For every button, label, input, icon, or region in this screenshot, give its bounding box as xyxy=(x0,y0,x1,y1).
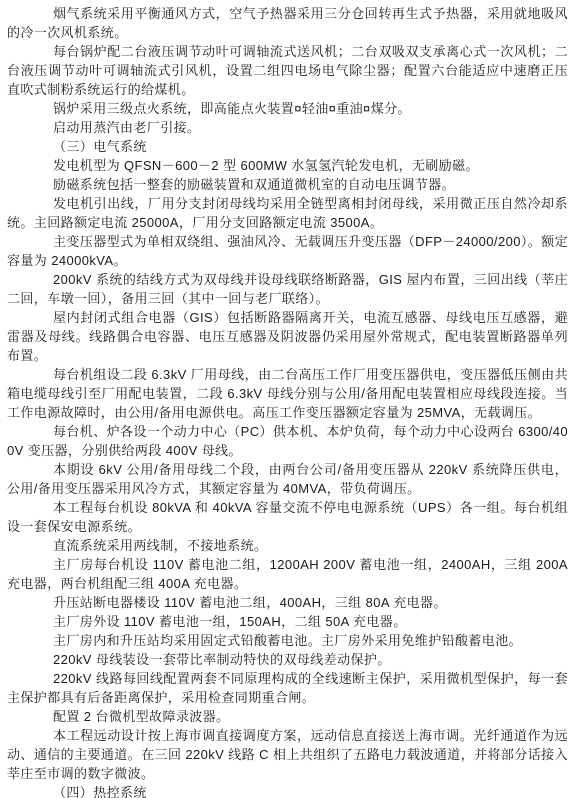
paragraph: 每台机组设二段 6.3kV 厂用母线，由二台高压工作厂用变压器供电，变压器低压侧… xyxy=(7,365,568,422)
paragraph: 直流系统采用两线制，不接地系统。 xyxy=(7,536,568,555)
paragraph: 励磁系统包括一整套的励磁装置和双通道微机室的自动电压调节器。 xyxy=(7,175,568,194)
paragraph: 200kV 系统的结线方式为双母线并设母线联络断路器，GIS 屋内布置，三回出线… xyxy=(7,270,568,308)
paragraph: 主厂房内和升压站均采用固定式铅酸蓄电池。主厂房外采用免维护铅酸蓄电池。 xyxy=(7,631,568,650)
paragraph: 220kV 线路每回线配置两套不同原理构成的全线速断主保护，采用微机型保护，每一… xyxy=(7,669,568,707)
paragraph: 屋内封闭式组合电器（GIS）包括断路器隔离开关，电流互感器、母线电压互感器，避雷… xyxy=(7,308,568,365)
paragraph: 升压站断电器楼设 110V 蓄电池二组，400AH，三组 80A 充电器。 xyxy=(7,593,568,612)
paragraph: 主变压器型式为单相双绕组、强油风冷、无载调压升变压器（DFP－24000/200… xyxy=(7,232,568,270)
paragraph: 启动用蒸汽由老厂引接。 xyxy=(7,118,568,137)
section-heading: （四）热控系统 xyxy=(7,783,568,798)
paragraph: 主厂房每台机设 110V 蓄电池二组，1200AH 200V 蓄电池一组，240… xyxy=(7,555,568,593)
paragraph: 烟气系统采用平衡通风方式，空气予热器采用三分仓回转再生式予热器，采用就地吸风的冷… xyxy=(7,4,568,42)
paragraph: 发电机引出线，厂用分支封闭母线均采用全链型离相封闭母线，采用微正压自然冷却系统。… xyxy=(7,194,568,232)
paragraph: 锅炉采用三级点火系统，即高能点火装置¤轻油¤重油¤煤分。 xyxy=(7,99,568,118)
paragraph: 本期设 6kV 公用/备用母线二个段，由两台公司/备用变压器从 220kV 系统… xyxy=(7,460,568,498)
paragraph: 220kV 母线装设一套带比率制动特快的双母线差动保护。 xyxy=(7,650,568,669)
paragraph: 主厂房外设 110V 蓄电池一组，150AH，二组 50A 充电器。 xyxy=(7,612,568,631)
paragraph: 发电机型为 QFSN－600－2 型 600MW 水氢氢汽轮发电机，无刷励磁。 xyxy=(7,156,568,175)
paragraph: 每台锅炉配二台液压调节动叶可调轴流式送风机；二台双吸双支承离心式一次风机；二台液… xyxy=(7,42,568,99)
paragraph: 配置 2 台微机型故障录波器。 xyxy=(7,707,568,726)
paragraph: 每台机、炉各设一个动力中心（PC）供本机、本炉负荷，每个动力中心设两台 6300… xyxy=(7,422,568,460)
paragraph: 本工程每台机设 80kVA 和 40kVA 容量交流不停电电源系统（UPS）各一… xyxy=(7,498,568,536)
section-heading: （三）电气系统 xyxy=(7,137,568,156)
paragraph: 本工程远动设计按上海市调直接调度方案，远动信息直接送上海市调。光纤通道作为远动、… xyxy=(7,726,568,783)
document-page: 烟气系统采用平衡通风方式，空气予热器采用三分仓回转再生式予热器，采用就地吸风的冷… xyxy=(0,0,577,798)
